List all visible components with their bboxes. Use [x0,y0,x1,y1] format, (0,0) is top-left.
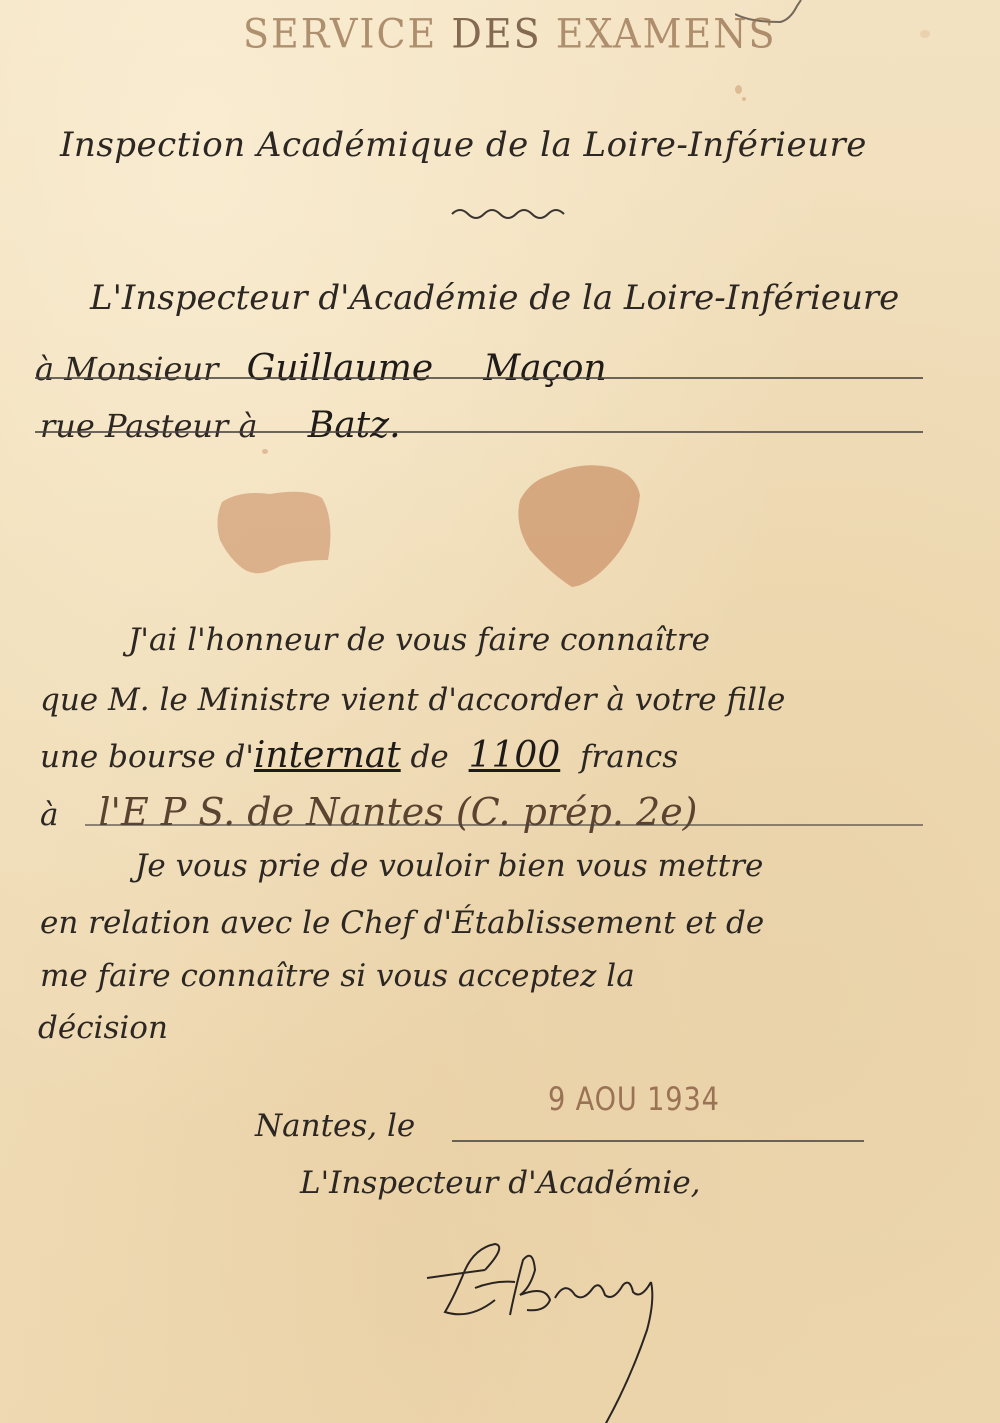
closing-title: L'Inspecteur d'Académie, [300,1165,701,1201]
document-title: Inspection Académique de la Loire-Inféri… [60,125,867,165]
recipient-line: à Monsieur Guillaume Maçon [35,348,607,389]
recipient-name: Guillaume [247,348,434,389]
bourse-amount: 1100 [469,735,561,776]
school-name: l'E P S. de Nantes (C. prép. 2e) [98,790,697,834]
signature-text: E. Brodry [415,1240,420,1241]
date-stamp: 9 AOU 1934 [548,1080,720,1118]
stamp-text: DES [451,11,541,57]
body-line-1: J'ai l'honneur de vous faire connaître [128,622,710,658]
address-town: Batz. [308,405,401,446]
paper-speck [920,30,930,38]
inspector-signature: E. Brodry [415,1240,695,1423]
address-prefix: rue Pasteur à [40,407,258,445]
paper-speck [742,97,746,101]
bourse-type: internat [254,735,401,776]
water-stain-right [510,455,650,595]
address-rule [35,431,923,433]
body-text: une bourse d' [40,739,254,775]
water-stain-left [210,480,340,580]
stamp-text: SERVICE [243,11,451,57]
sender-line: L'Inspecteur d'Académie de la Loire-Infé… [90,278,899,318]
recipient-occupation: Maçon [483,348,606,389]
recipient-prefix: à Monsieur [35,350,218,388]
paper-speck [735,85,742,94]
body-line-6: en relation avec le Chef d'Établissement… [40,905,764,941]
body-line-7: me faire connaître si vous acceptez la [40,958,635,994]
service-des-examens-stamp: SERVICE DES EXAMENS [243,11,777,57]
body-line-8: décision [38,1010,168,1046]
school-rule [85,824,923,826]
recipient-rule [35,377,923,379]
body-line-4: à l'E P S. de Nantes (C. prép. 2e) [40,790,698,834]
body-line-2: que M. le Ministre vient d'accorder à vo… [40,682,785,718]
date-rule [452,1140,864,1142]
address-line: rue Pasteur à Batz. [40,405,401,446]
closing-place: Nantes, le [255,1108,415,1144]
stamp-text: EXAMENS [542,11,777,57]
paper-speck [262,449,268,454]
body-text: francs [570,739,678,775]
body-line-5: Je vous prie de vouloir bien vous mettre [135,848,763,884]
body-line-3: une bourse d'internat de 1100 francs [40,735,678,776]
decorative-squiggle [450,204,570,220]
body-text: à [40,797,68,833]
body-text: de [401,739,459,775]
